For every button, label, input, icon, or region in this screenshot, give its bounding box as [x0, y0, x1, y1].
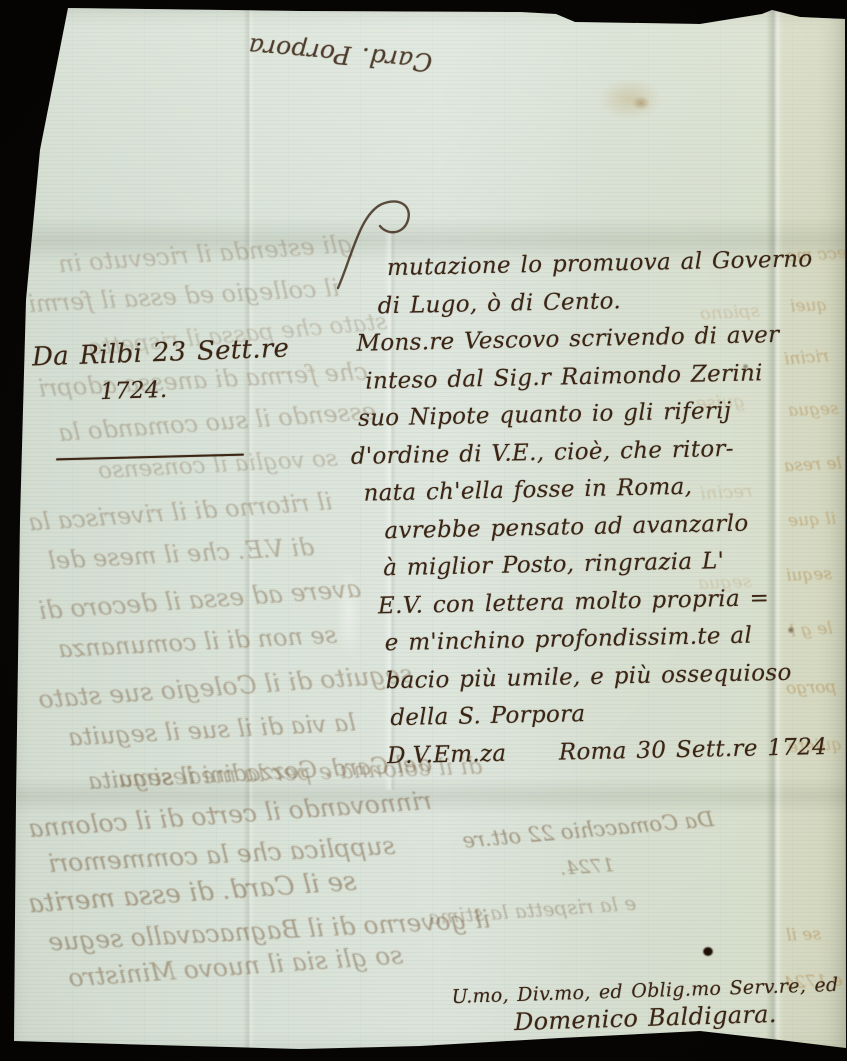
showthrough-line: se il Card. di essa merita [27, 867, 357, 920]
closing-place-date: Roma 30 Sett.re 1724 [559, 729, 828, 772]
showthrough-line: se non di il comunanza [57, 621, 337, 664]
showthrough-line: so voglia il consenso [97, 446, 338, 485]
foxing-stain [632, 96, 650, 110]
scanned-letter-page: gli estenda il ricevuto in il collegio e… [0, 0, 847, 1061]
showthrough-line: la via di il sue il seguita [67, 708, 356, 751]
fold-shadow-horizontal-lower [0, 778, 847, 814]
showthrough-line: il collegio ed essa il fermi [27, 274, 340, 318]
showthrough-line: di V.E. che il mese del [47, 533, 314, 575]
showthrough-line: e la rispetta la stima [427, 891, 637, 929]
letter-body: mutazione lo promuova al Governo di Lugo… [347, 241, 826, 776]
showthrough-date-line: Da Comacchio 22 ott.re [461, 807, 714, 853]
showthrough-line: il governo di il Bagnacavallo segue [48, 904, 491, 956]
paper-light-band [0, 0, 847, 225]
showthrough-line: supplica che la commemori [47, 831, 395, 878]
address-inscription-upside-down: Card. Porpora [247, 32, 433, 77]
fold-crease-left [243, 0, 255, 1061]
foxing-stain [598, 78, 662, 120]
showthrough-line: rinnovando il certo di il colonna [27, 786, 432, 843]
annotation-rule [56, 454, 244, 461]
ink-spot [702, 946, 714, 957]
received-date-line1: Da Rilbi 23 Sett.re [32, 334, 290, 373]
showthrough-line: gli estenda il ricevuto in [57, 230, 353, 279]
received-date-line2: 1724. [100, 377, 168, 405]
showthrough-line: il ritorno di il riverisca la [27, 487, 333, 536]
showthrough-date-line: 1724. [559, 854, 615, 880]
closing-abbreviation: D.V.Em.za [387, 735, 507, 775]
paper-sheet: gli estenda il ricevuto in il collegio e… [0, 0, 847, 1061]
showthrough-line: so gli sia il nuovo Ministro [67, 940, 404, 992]
signature-block: U.mo, Div.mo, ed Oblig.mo Serv.re, ed Os… [451, 974, 838, 1038]
showthrough-line: avere ad essa il decoro di [37, 574, 362, 625]
letter-closing-row: D.V.Em.za Roma 30 Sett.re 1724 [387, 729, 828, 776]
showthrough-fragment: se il [786, 924, 822, 945]
